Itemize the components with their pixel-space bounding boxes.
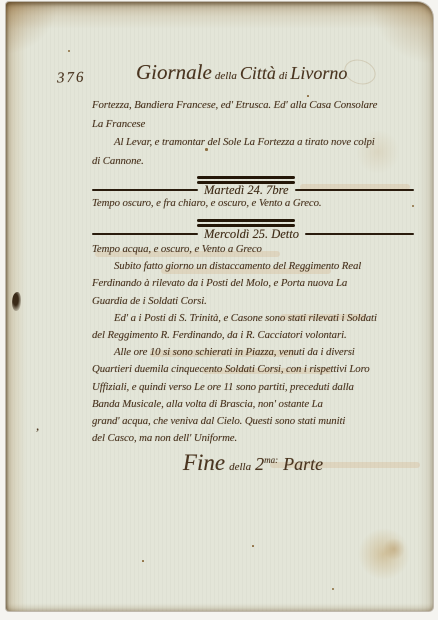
manuscript-line: Ed' a i Posti di S. Trinità, e Casone so… [92, 312, 377, 329]
scan-background: 376 GiornaledellaCittàdiLivorno Fortezza… [0, 0, 438, 620]
manuscript-line: grand' acqua, che veniva dal Cielo. Ques… [92, 415, 377, 432]
title-word: Città [240, 63, 276, 83]
section-heading-row: Mercoldì 25. Detto [92, 227, 414, 241]
paper-speck [332, 588, 334, 590]
manuscript-line: Banda Musicale, alla volta di Brascia, n… [92, 398, 377, 415]
closing-word: della [229, 461, 251, 473]
ink-blot [12, 292, 21, 311]
manuscript-line: Al Levar, e tramontar del Sole La Fortez… [92, 136, 377, 155]
closing-word: 2ma: [255, 454, 278, 474]
manuscript-line: Guardia de i Soldati Corsi. [92, 295, 377, 312]
section-date-heading: Mercoldì 25. Detto [204, 227, 299, 242]
double-rule [197, 219, 295, 227]
manuscript-line: Quartieri duemila cinquecento Soldati Co… [92, 363, 377, 380]
closing-word: Parte [283, 454, 323, 474]
page-title: GiornaledellaCittàdiLivorno [136, 60, 347, 85]
title-word: di [279, 70, 288, 82]
manuscript-line: Ferdinando à rilevato da i Posti del Mol… [92, 277, 377, 294]
manuscript-line: Fortezza, Bandiera Francese, ed' Etrusca… [92, 99, 377, 118]
manuscript-line: del Casco, ma non dell' Uniforme. [92, 432, 377, 449]
section-date-heading: Martedì 24. 7bre [204, 183, 289, 198]
intro-paragraph: Fortezza, Bandiera Francese, ed' Etrusca… [92, 99, 377, 173]
heading-rule-left [92, 233, 198, 235]
manuscript-line: Tempo acqua, e oscuro, e Vento a Greco [92, 243, 377, 260]
closing-word: Fine [183, 450, 225, 475]
manuscript-line: di Cannone. [92, 155, 377, 174]
heading-rule-left [92, 189, 198, 191]
section-heading-row: Martedì 24. 7bre [92, 183, 414, 197]
title-word: della [215, 70, 237, 82]
title-word: Livorno [290, 63, 347, 83]
margin-mark: , [36, 418, 39, 434]
section-body: Tempo acqua, e oscuro, e Vento a Greco S… [92, 243, 377, 449]
manuscript-line: Alle ore 10 si sono schierati in Piazza,… [92, 346, 377, 363]
section-body: Tempo oscuro, e fra chiaro, e oscuro, e … [92, 197, 322, 209]
title-word: Giornale [136, 60, 212, 84]
manuscript-line: Tempo oscuro, e fra chiaro, e oscuro, e … [92, 197, 322, 209]
manuscript-line: del Reggimento R. Ferdinando, da i R. Ca… [92, 329, 377, 346]
paper-speck [68, 50, 70, 52]
paper-speck [307, 95, 309, 97]
manuscript-line: Subito fatto giorno un distaccamento del… [92, 260, 377, 277]
paper-speck [252, 545, 254, 547]
heading-rule-right [305, 233, 414, 235]
manuscript-line: La Francese [92, 118, 377, 137]
rule-bar [197, 219, 295, 222]
paper-speck [142, 560, 144, 562]
page-number: 376 [57, 70, 86, 88]
heading-rule-right [295, 189, 414, 191]
manuscript-line: Uffiziali, e quindi verso Le ore 11 sono… [92, 381, 377, 398]
rule-bar [197, 176, 295, 179]
paper-speck [412, 205, 414, 207]
closing-line: Finedella2ma:Parte [92, 450, 414, 476]
